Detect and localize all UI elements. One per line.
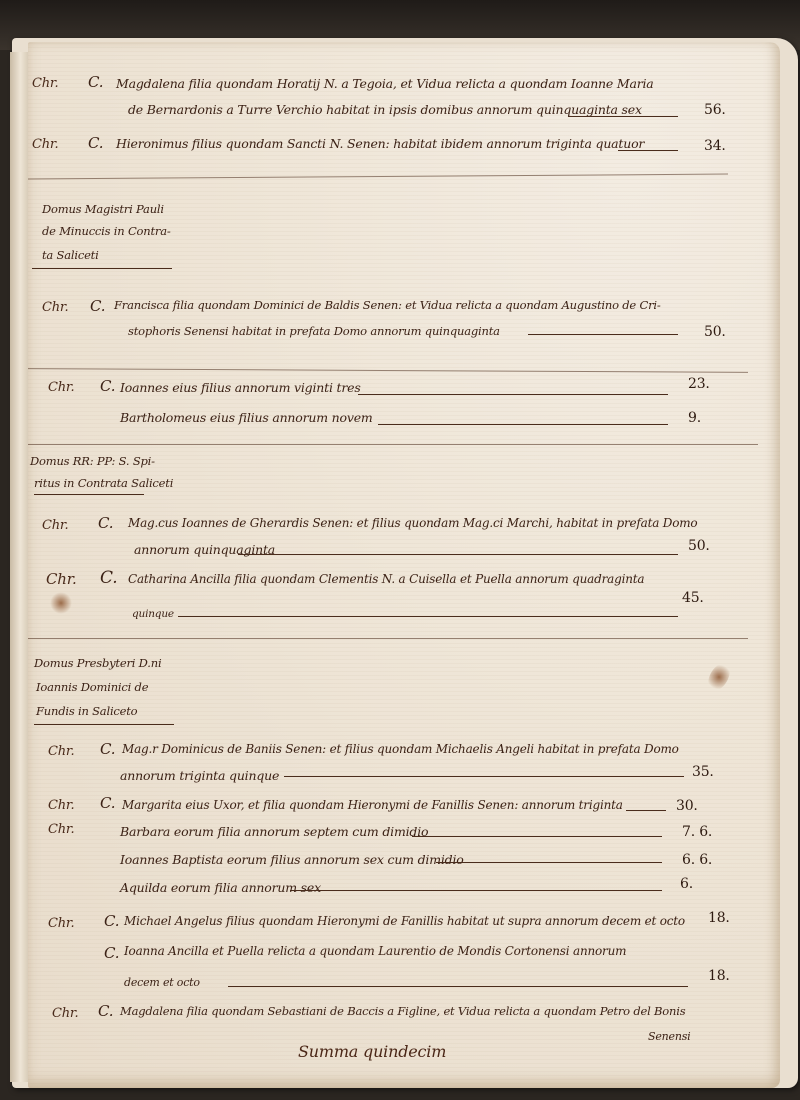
age-leader-rule bbox=[568, 116, 678, 117]
entry-mark: C. bbox=[104, 944, 119, 962]
age-leader-rule bbox=[436, 862, 662, 863]
age-leader-rule bbox=[228, 986, 688, 987]
entry-line: Aquilda eorum filia annorum sex bbox=[120, 880, 321, 895]
age-leader-rule bbox=[178, 616, 678, 617]
age-leader-rule bbox=[618, 150, 678, 151]
summa-total: Summa quindecim bbox=[298, 1042, 446, 1061]
entry-line: stophoris Senensi habitat in prefata Dom… bbox=[128, 324, 500, 338]
entry-mark: C. bbox=[100, 568, 117, 588]
ink-stain bbox=[50, 592, 72, 614]
section-divider bbox=[28, 174, 728, 180]
entry-mark: C. bbox=[100, 377, 115, 395]
age-leader-rule bbox=[626, 810, 666, 811]
entry-line: Ioannes eius filius annorum viginti tres bbox=[120, 380, 361, 395]
age-leader-rule bbox=[378, 424, 668, 425]
age-leader-rule bbox=[358, 394, 668, 395]
margin-chr: Chr. bbox=[48, 798, 74, 813]
age-leader-rule bbox=[284, 776, 684, 777]
entry-line: Senensi bbox=[648, 1030, 691, 1043]
age-value: 9. bbox=[688, 410, 701, 426]
age-value: 18. bbox=[708, 968, 730, 984]
section-divider bbox=[28, 368, 748, 373]
age-value: 6. 6. bbox=[682, 852, 712, 868]
entry-mark: C. bbox=[100, 794, 115, 812]
house-underline bbox=[34, 494, 144, 495]
entry-mark: C. bbox=[90, 297, 105, 315]
age-value: 30. bbox=[676, 798, 698, 814]
age-leader-rule bbox=[238, 554, 678, 555]
age-value: 45. bbox=[682, 590, 704, 606]
age-value: 18. bbox=[708, 910, 730, 926]
age-value: 34. bbox=[704, 138, 726, 154]
age-value: 23. bbox=[688, 376, 710, 392]
entry-line: Michael Angelus filius quondam Hieronymi… bbox=[124, 914, 685, 928]
section-divider bbox=[28, 638, 748, 639]
entry-line: Mag.cus Ioannes de Gherardis Senen: et f… bbox=[128, 516, 697, 530]
margin-chr: Chr. bbox=[48, 822, 74, 837]
house-label: Domus Magistri Pauli bbox=[42, 202, 164, 216]
entry-mark: C. bbox=[98, 514, 113, 532]
age-leader-rule bbox=[528, 334, 678, 335]
house-label: ritus in Contrata Saliceti bbox=[34, 476, 173, 490]
entry-mark: C. bbox=[88, 134, 103, 152]
entry-line: annorum triginta quinque bbox=[120, 768, 279, 783]
entry-mark: C. bbox=[88, 73, 103, 91]
margin-chr: Chr. bbox=[48, 380, 74, 395]
house-label: de Minuccis in Contra- bbox=[42, 224, 171, 238]
ink-stain bbox=[704, 660, 735, 695]
entry-line: de Bernardonis a Turre Verchio habitat i… bbox=[128, 102, 642, 117]
house-underline bbox=[34, 724, 174, 725]
entry-line: Mag.r Dominicus de Baniis Senen: et fili… bbox=[122, 742, 679, 756]
age-value: 56. bbox=[704, 102, 726, 118]
house-label: Fundis in Saliceto bbox=[36, 704, 137, 718]
age-leader-rule bbox=[290, 890, 662, 891]
house-underline bbox=[32, 268, 172, 269]
age-value: 50. bbox=[704, 324, 726, 340]
margin-chr: Chr. bbox=[46, 570, 77, 588]
entry-line: Bartholomeus eius filius annorum novem bbox=[120, 410, 373, 425]
entry-line: Magdalena filia quondam Horatij N. a Teg… bbox=[116, 76, 654, 91]
house-label: ta Saliceti bbox=[42, 248, 99, 262]
margin-chr: Chr. bbox=[32, 137, 58, 152]
entry-line: Catharina Ancilla filia quondam Clementi… bbox=[128, 572, 644, 586]
entry-mark: C. bbox=[100, 740, 115, 758]
entry-line: Magdalena filia quondam Sebastiani de Ba… bbox=[120, 1004, 685, 1018]
entry-line: Barbara eorum filia annorum septem cum d… bbox=[120, 824, 428, 839]
age-leader-rule bbox=[412, 836, 662, 837]
entry-line: quinque bbox=[132, 608, 174, 620]
entry-mark: C. bbox=[98, 1002, 113, 1020]
section-divider bbox=[28, 444, 758, 445]
age-value: 6. bbox=[680, 876, 693, 892]
entry-line: decem et octo bbox=[124, 976, 200, 989]
margin-chr: Chr. bbox=[42, 300, 68, 315]
age-value: 50. bbox=[688, 538, 710, 554]
house-label: Domus RR: PP: S. Spi- bbox=[30, 454, 155, 468]
margin-chr: Chr. bbox=[52, 1006, 78, 1021]
house-label: Ioannis Dominici de bbox=[36, 680, 148, 694]
entry-line: Ioanna Ancilla et Puella relicta a quond… bbox=[124, 944, 626, 958]
entry-line: Ioannes Baptista eorum filius annorum se… bbox=[120, 852, 464, 867]
entry-line: Francisca filia quondam Dominici de Bald… bbox=[114, 298, 661, 312]
entry-mark: C. bbox=[104, 912, 119, 930]
manuscript-page: Chr. C. Magdalena filia quondam Horatij … bbox=[28, 42, 780, 1088]
margin-chr: Chr. bbox=[48, 916, 74, 931]
margin-chr: Chr. bbox=[32, 76, 58, 91]
entry-line: Hieronimus filius quondam Sancti N. Sene… bbox=[116, 136, 644, 151]
margin-chr: Chr. bbox=[48, 744, 74, 759]
house-label: Domus Presbyteri D.ni bbox=[34, 656, 161, 670]
age-value: 35. bbox=[692, 764, 714, 780]
age-value: 7. 6. bbox=[682, 824, 712, 840]
entry-line: Margarita eius Uxor, et filia quondam Hi… bbox=[122, 798, 623, 812]
margin-chr: Chr. bbox=[42, 518, 68, 533]
